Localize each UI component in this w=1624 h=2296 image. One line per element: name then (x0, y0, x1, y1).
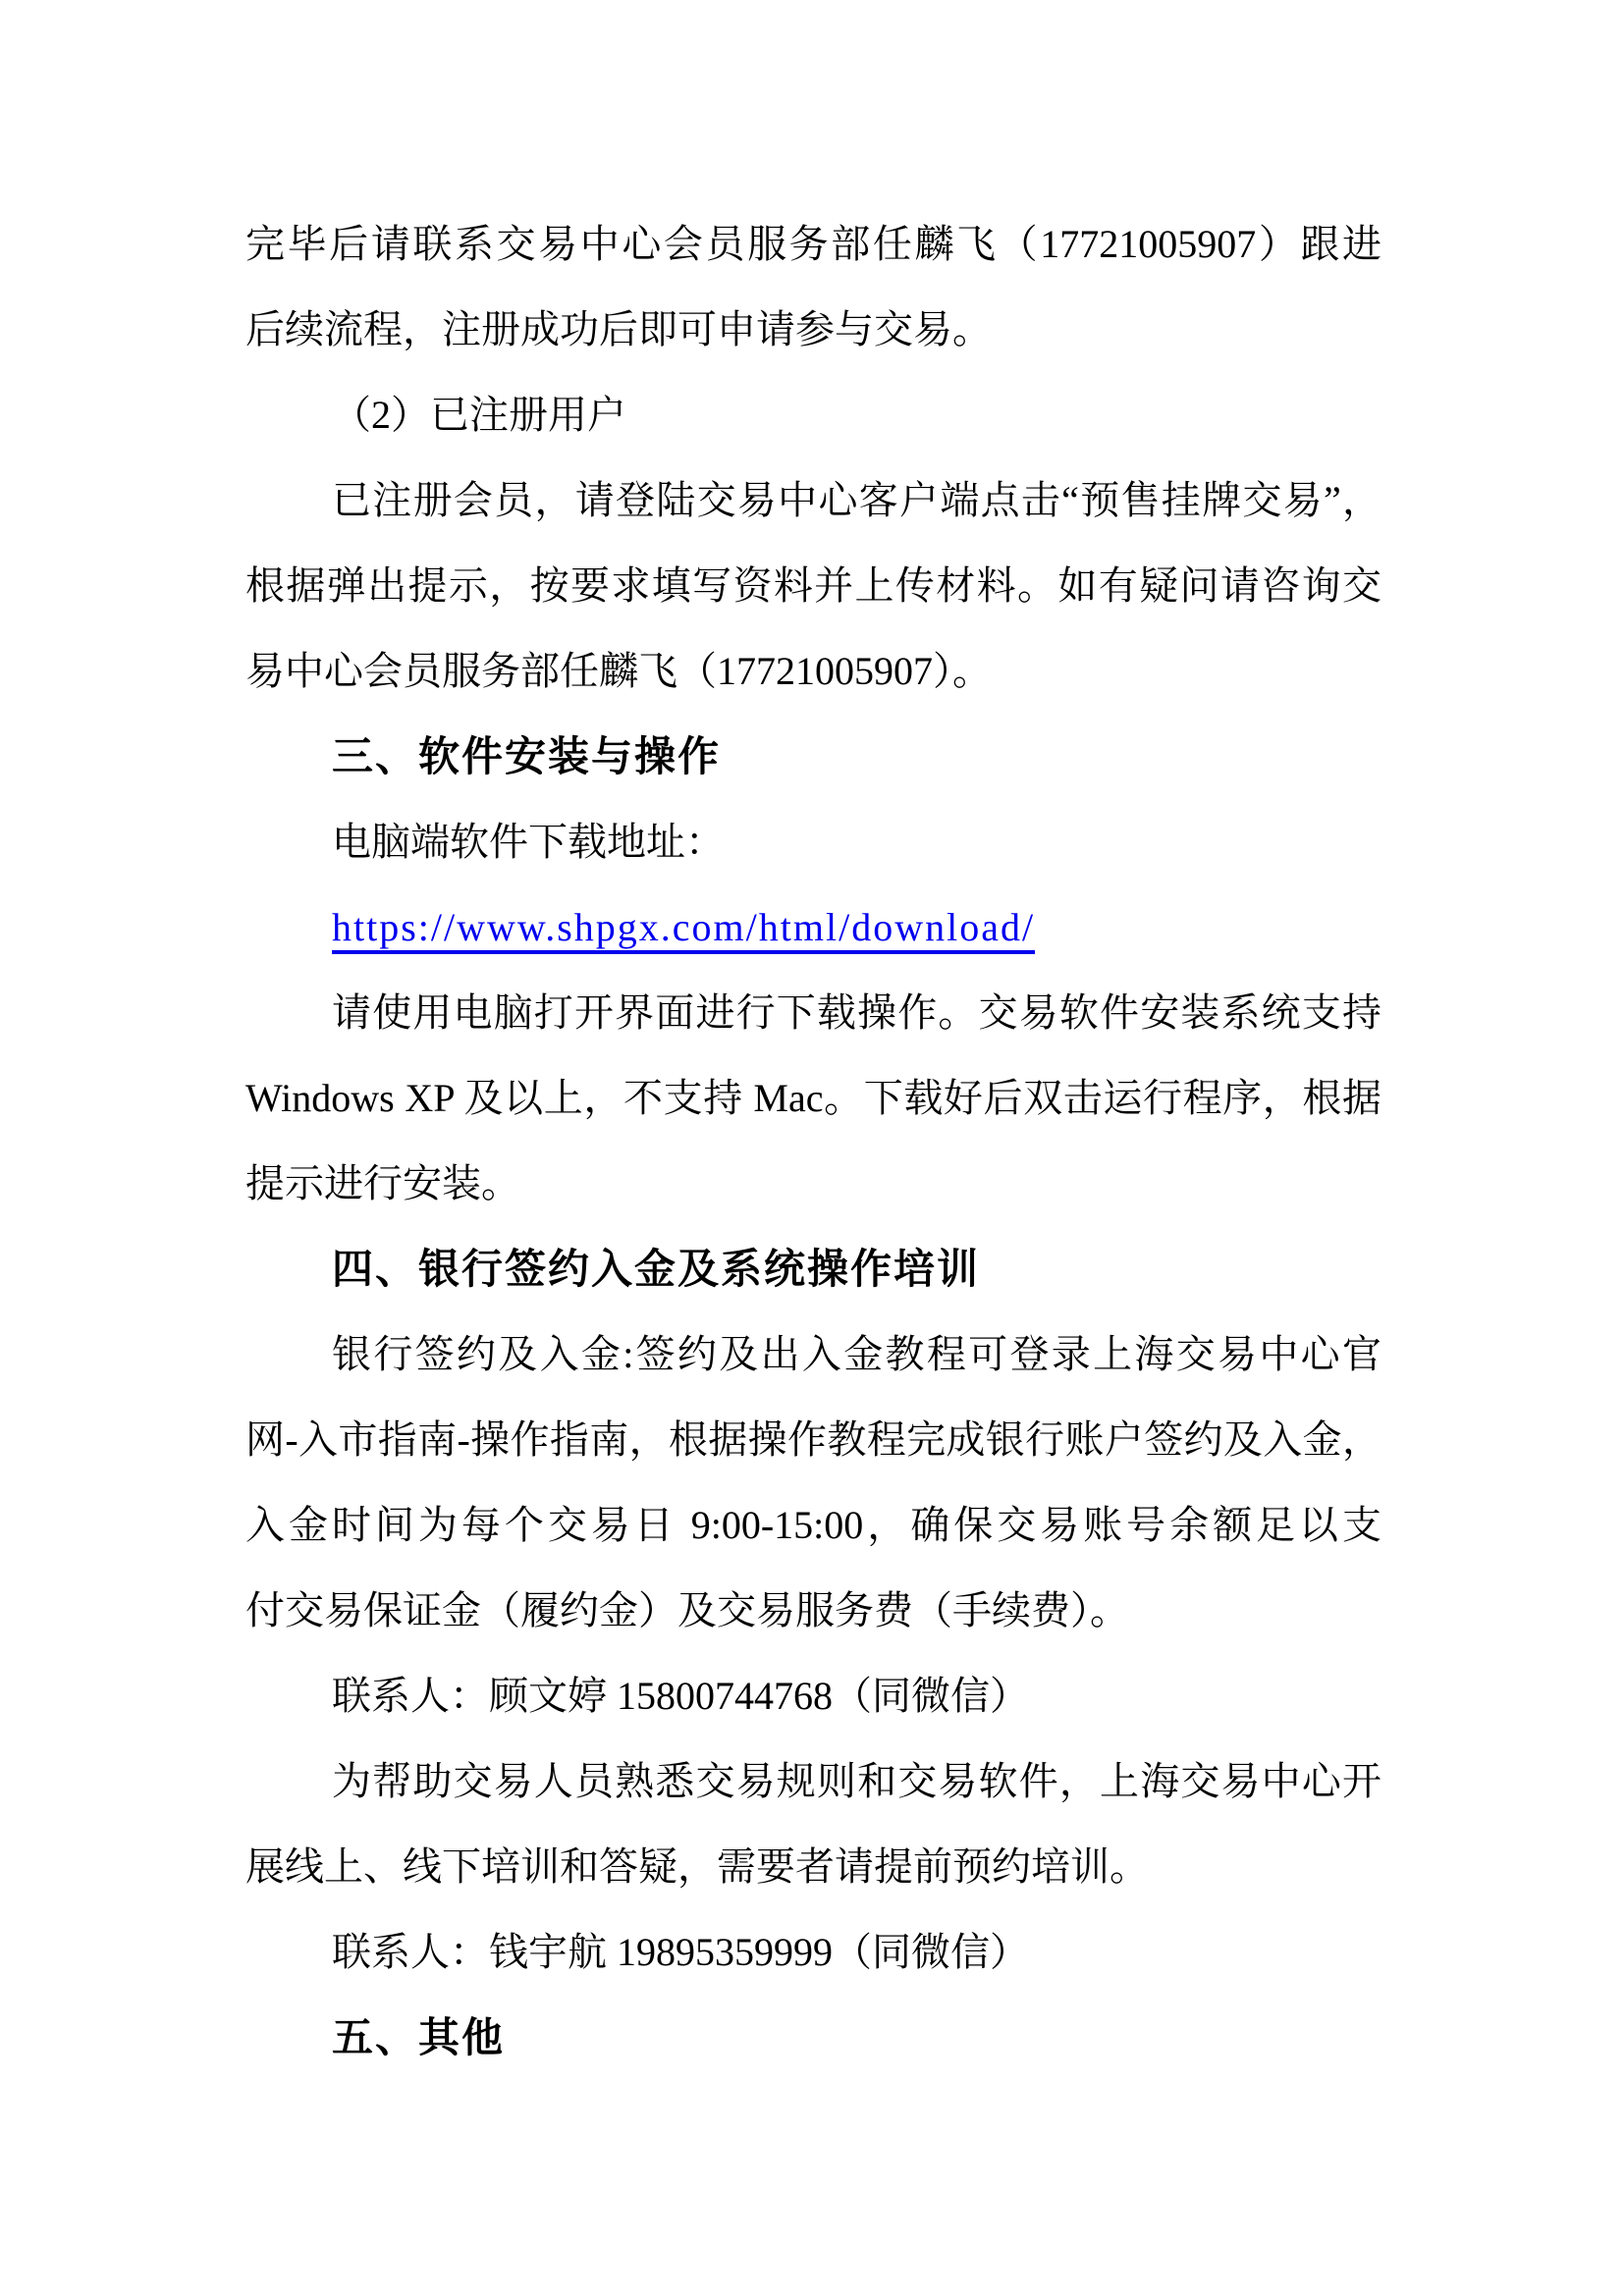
document-body: 完毕后请联系交易中心会员服务部任麟飞（17721005907）跟进后续流程，注册… (245, 201, 1381, 2080)
text-line: 电脑端软件下载地址： (245, 799, 1381, 884)
document-page: 完毕后请联系交易中心会员服务部任麟飞（17721005907）跟进后续流程，注册… (0, 0, 1624, 2296)
text-line: 入金时间为每个交易日 9:00-15:00，确保交易账号余额足以支 (245, 1482, 1381, 1568)
section-heading: 三、软件安装与操作 (245, 714, 1381, 799)
text-line: 请使用电脑打开界面进行下载操作。交易软件安装系统支持 (245, 970, 1381, 1055)
text-line: 网-入市指南-操作指南，根据操作教程完成银行账户签约及入金， (245, 1397, 1381, 1482)
text-line: 展线上、线下培训和答疑，需要者请提前预约培训。 (245, 1824, 1381, 1909)
text-line: 后续流程，注册成功后即可申请参与交易。 (245, 287, 1381, 372)
text-line: （2）已注册用户 (245, 372, 1381, 457)
text-line: 已注册会员，请登陆交易中心客户端点击“预售挂牌交易”， (245, 457, 1381, 543)
text-line: 易中心会员服务部任麟飞（17721005907）。 (245, 628, 1381, 714)
text-line: 完毕后请联系交易中心会员服务部任麟飞（17721005907）跟进 (245, 201, 1381, 287)
text-line: 联系人：顾文婷 15800744768（同微信） (245, 1653, 1381, 1738)
section-heading: 四、银行签约入金及系统操作培训 (245, 1226, 1381, 1311)
text-line: 银行签约及入金:签约及出入金教程可登录上海交易中心官 (245, 1311, 1381, 1397)
download-link[interactable]: https://www.shpgx.com/html/download/ (332, 905, 1035, 949)
text-line: 为帮助交易人员熟悉交易规则和交易软件，上海交易中心开 (245, 1738, 1381, 1824)
text-line: 付交易保证金（履约金）及交易服务费（手续费）。 (245, 1568, 1381, 1653)
text-line: Windows XP 及以上，不支持 Mac。下载好后双击运行程序，根据 (245, 1055, 1381, 1141)
section-heading: 五、其他 (245, 1995, 1381, 2080)
text-line: 根据弹出提示，按要求填写资料并上传材料。如有疑问请咨询交 (245, 543, 1381, 628)
text-line: 提示进行安装。 (245, 1141, 1381, 1226)
link-line: https://www.shpgx.com/html/download/ (245, 884, 1381, 970)
text-line: 联系人：钱宇航 19895359999（同微信） (245, 1909, 1381, 1995)
